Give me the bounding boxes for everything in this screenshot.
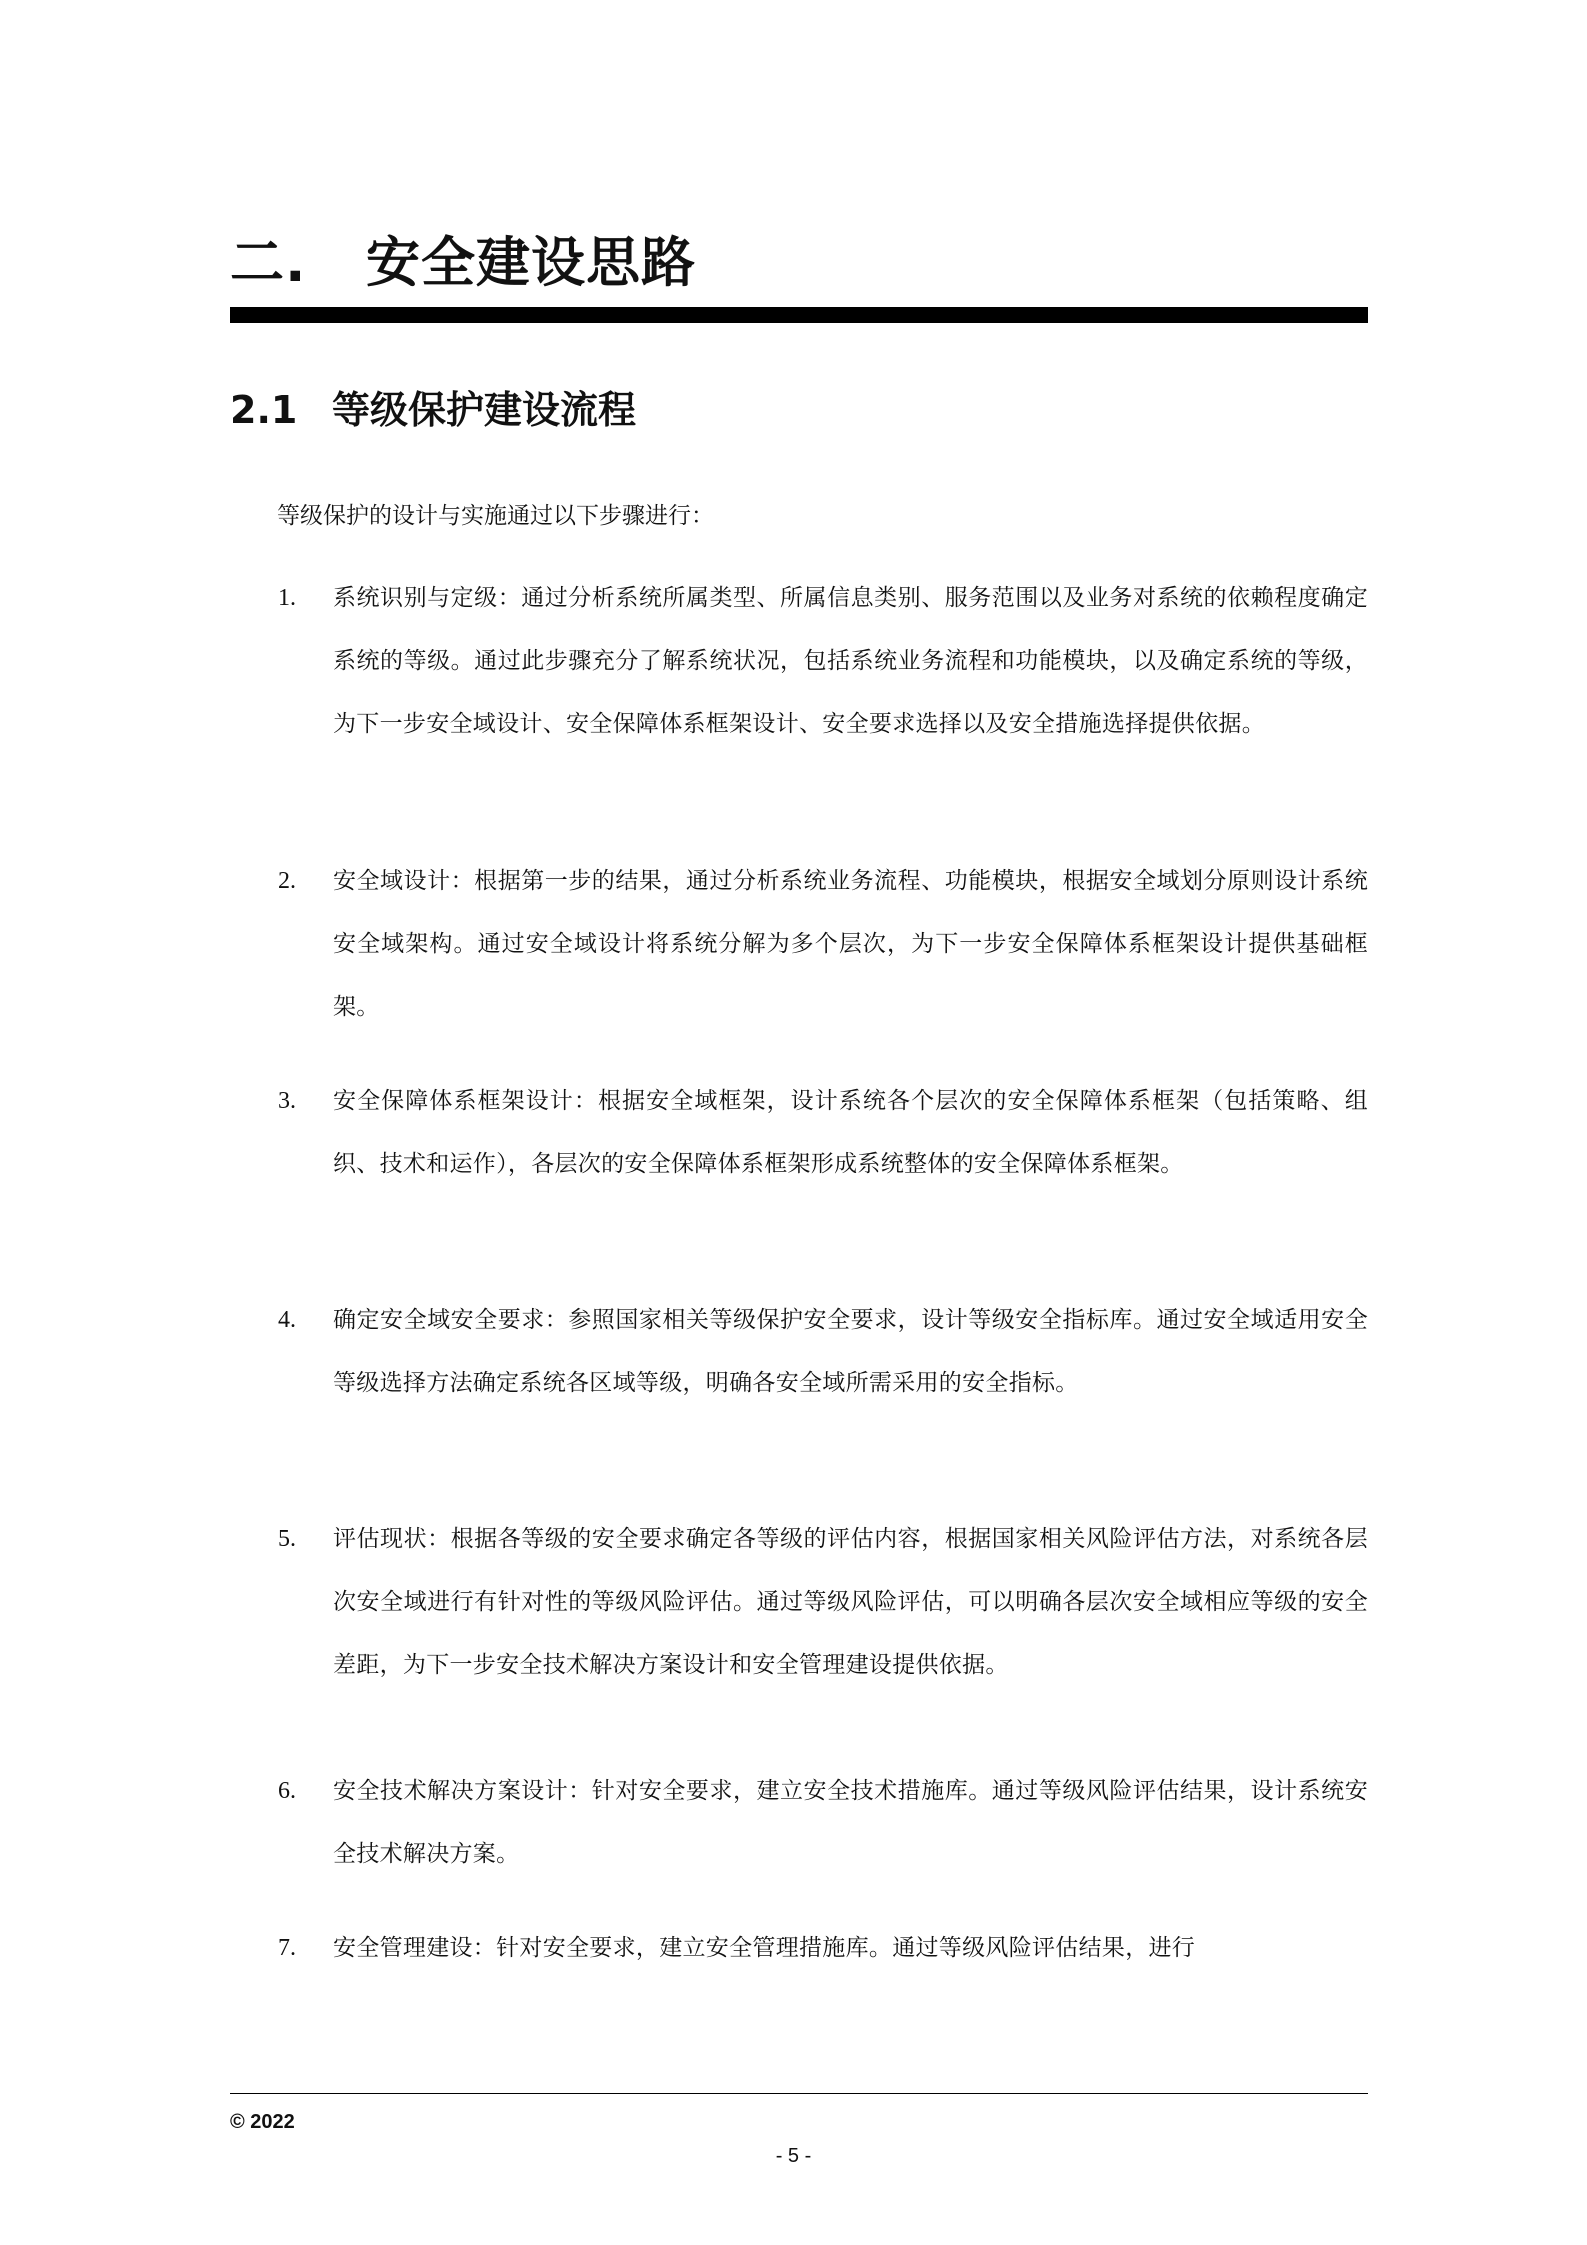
section-number: 2.1 [230, 382, 332, 438]
list-item-text: 安全管理建设：针对安全要求，建立安全管理措施库。通过等级风险评估结果，进行 [333, 1917, 1368, 1980]
list-item-number: 5. [278, 1508, 296, 1571]
footer-rule [230, 2093, 1368, 2094]
list-item-text: 安全保障体系框架设计：根据安全域框架，设计系统各个层次的安全保障体系框架（包括策… [333, 1070, 1368, 1196]
chapter-heading: 二.安全建设思路 [230, 228, 696, 298]
list-item-text: 评估现状：根据各等级的安全要求确定各等级的评估内容，根据国家相关风险评估方法，对… [333, 1508, 1368, 1697]
chapter-number: 二. [230, 228, 366, 298]
list-item-text: 系统识别与定级：通过分析系统所属类型、所属信息类别、服务范围以及业务对系统的依赖… [333, 567, 1368, 756]
page-number: - 5 - [0, 2144, 1587, 2168]
section-title: 等级保护建设流程 [332, 388, 636, 432]
list-item-number: 1. [278, 567, 296, 630]
chapter-title: 安全建设思路 [366, 231, 696, 294]
list-item-number: 4. [278, 1289, 296, 1352]
intro-paragraph: 等级保护的设计与实施通过以下步骤进行： [277, 496, 714, 536]
list-item-number: 6. [278, 1760, 296, 1823]
list-item-text: 安全技术解决方案设计：针对安全要求，建立安全技术措施库。通过等级风险评估结果，设… [333, 1760, 1368, 1886]
list-item-number: 2. [278, 850, 296, 913]
list-item-number: 3. [278, 1070, 296, 1133]
list-item-number: 7. [278, 1917, 296, 1980]
footer-copyright: © 2022 [230, 2110, 295, 2134]
section-heading: 2.1等级保护建设流程 [230, 382, 636, 438]
list-item-text: 安全域设计：根据第一步的结果，通过分析系统业务流程、功能模块，根据安全域划分原则… [333, 850, 1368, 1039]
chapter-heading-rule [230, 307, 1368, 323]
list-item-text: 确定安全域安全要求：参照国家相关等级保护安全要求，设计等级安全指标库。通过安全域… [333, 1289, 1368, 1415]
